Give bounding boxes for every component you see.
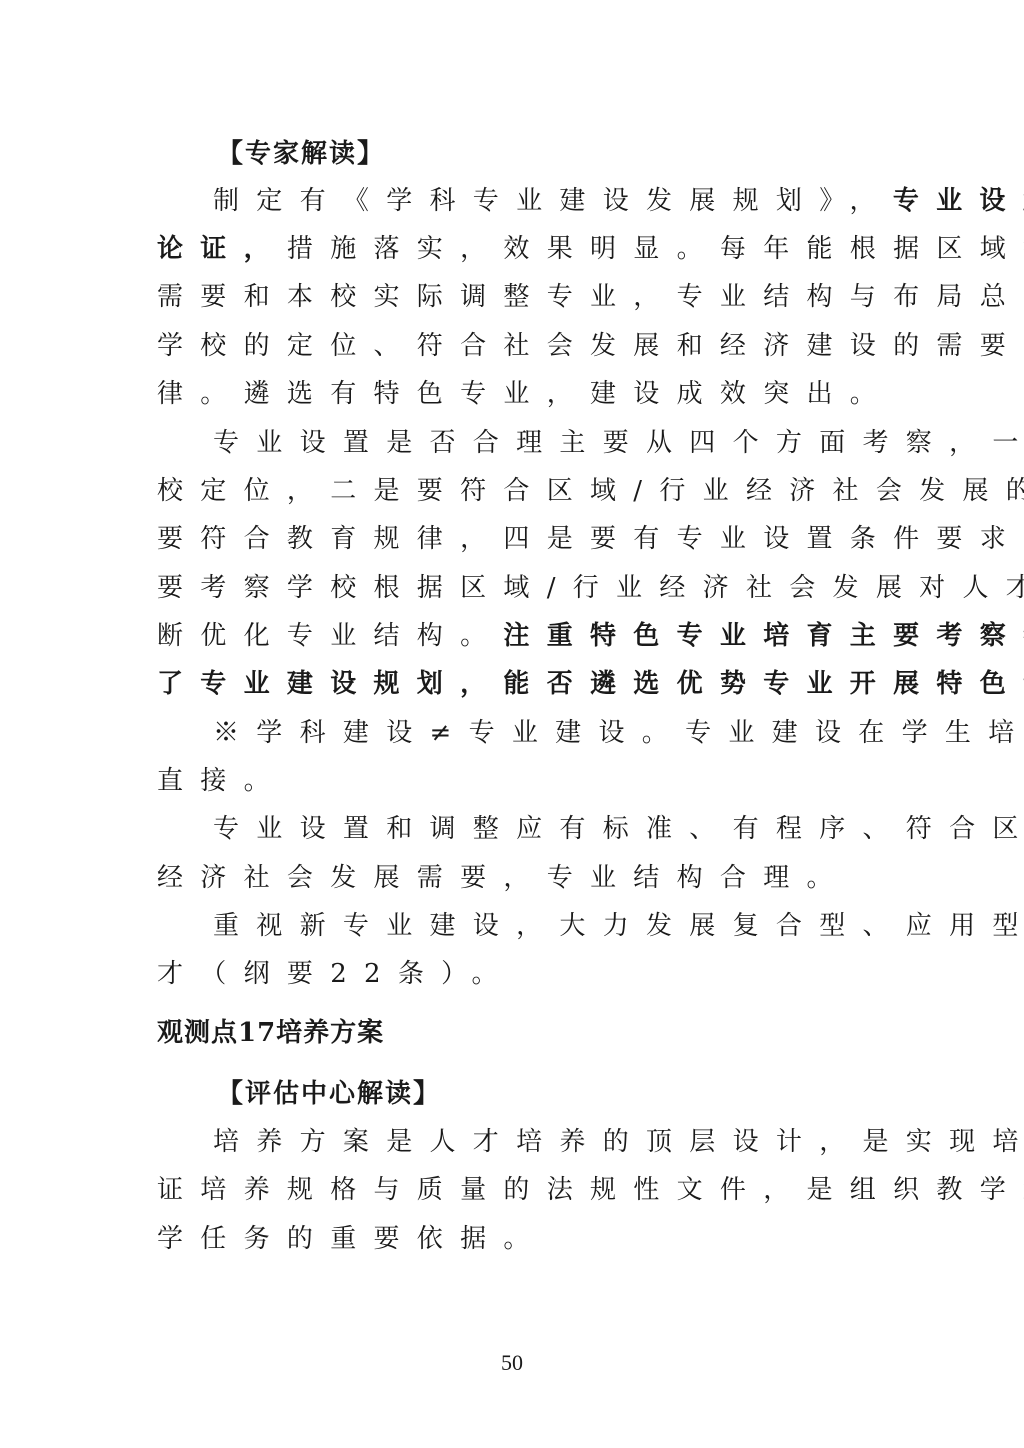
- text-span: 断优化专业结构。: [157, 621, 503, 651]
- paragraph-line: 专业设置是否合理主要从四个方面考察，一是要符合学: [157, 428, 925, 458]
- paragraph-line: 校定位，二是要符合区域/行业经济社会发展的需要，三是: [157, 476, 869, 506]
- paragraph-line: 律。遴选有特色专业，建设成效突出。: [157, 379, 869, 409]
- paragraph-line: 经济社会发展需要，专业结构合理。: [157, 863, 869, 893]
- page-number: 50: [0, 1350, 1024, 1376]
- paragraph-line: 断优化专业结构。注重特色专业培育主要考察学校是否制定: [157, 621, 869, 651]
- paragraph-line: 重视新专业建设，大力发展复合型、应用型、技能型人: [157, 911, 925, 941]
- text-span: 制定有《学科专业建设发展规划》，: [213, 186, 893, 216]
- expert-interpretation-heading: 【专家解读】: [217, 139, 929, 169]
- observation-point-title: 观测点17培养方案: [157, 1018, 869, 1048]
- paragraph-line: 直接。: [157, 766, 869, 796]
- paragraph-line: ※学科建设≠专业建设。专业建设在学生培养中作用更: [157, 718, 925, 748]
- paragraph-line: 要符合教育规律，四是要有专业设置条件要求。结构调整主: [157, 524, 869, 554]
- paragraph-line: 培养方案是人才培养的顶层设计，是实现培养目标、保: [157, 1127, 925, 1157]
- bold-text-span: 专业设置有科学的: [893, 186, 1024, 216]
- paragraph-line: 论证，措施落实，效果明显。每年能根据区域经济社会发展: [157, 234, 869, 264]
- paragraph-line: 制定有《学科专业建设发展规划》，专业设置有科学的: [157, 186, 925, 216]
- paragraph-line: 才（纲要22条）。: [157, 959, 869, 989]
- paragraph-line: 专业设置和调整应有标准、有程序、符合区域（行业）: [157, 814, 925, 844]
- paragraph-line: 需要和本校实际调整专业，专业结构与布局总体合理，符合: [157, 282, 869, 312]
- paragraph-line: 要考察学校根据区域/行业经济社会发展对人才的发展，不: [157, 573, 869, 603]
- bold-text-span: 论证，: [157, 234, 287, 264]
- assessment-center-heading: 【评估中心解读】: [217, 1079, 929, 1109]
- paragraph-line: 学校的定位、符合社会发展和经济建设的需要、遵循教育规: [157, 331, 869, 361]
- paragraph-line: 证培养规格与质量的法规性文件，是组织教学过程和安排教: [157, 1175, 869, 1205]
- text-span: 措施落实，效果明显。每年能根据区域经济社会发展: [287, 234, 1024, 264]
- paragraph-line: 了专业建设规划，能否遴选优势专业开展特色专业建设。: [157, 669, 869, 699]
- bold-text-span: 注重特色专业培育主要考察学校是否制定: [503, 621, 1024, 651]
- paragraph-line: 学任务的重要依据。: [157, 1224, 869, 1254]
